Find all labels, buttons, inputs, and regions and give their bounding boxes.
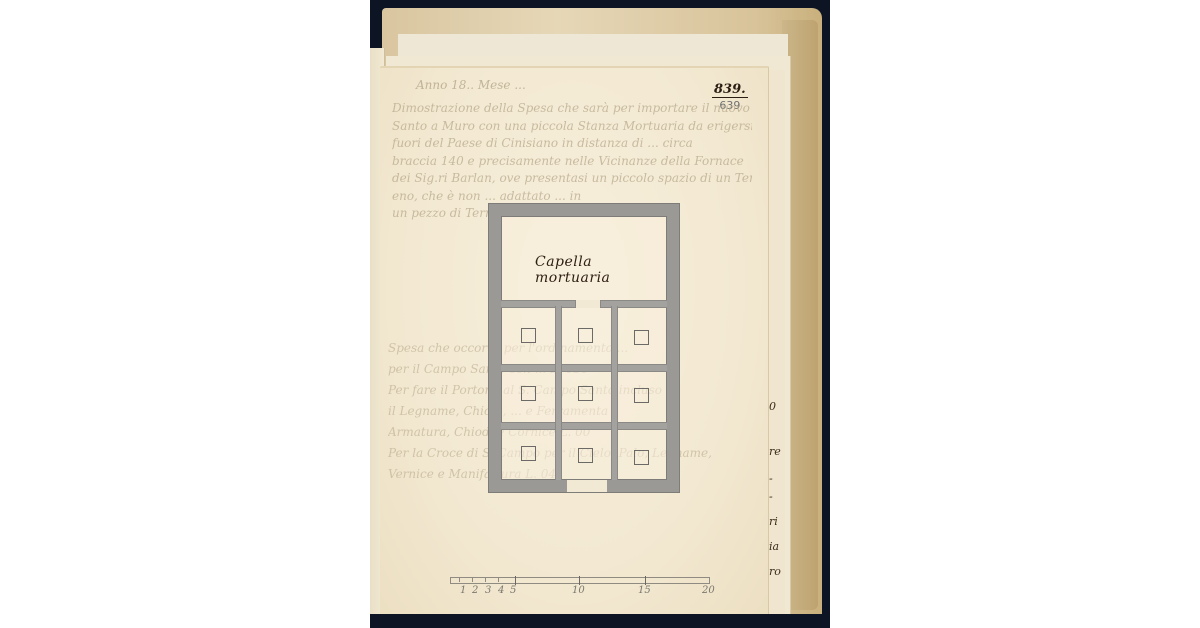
grave-marker [521,446,536,461]
grave-marker [578,328,593,343]
margin-mark: 0 [769,400,776,413]
grave-marker [634,450,649,465]
scale-labels: 1 2 3 4 5 10 15 20 [450,585,720,599]
grave-marker [521,386,536,401]
grid-wall-col [555,306,562,480]
grave-marker [521,328,536,343]
grave-marker [634,388,649,403]
margin-mark: - [769,490,773,503]
document-scan: M.S. D. C. d. a. 0 re - - ri ia ro Anno … [370,0,830,628]
grave-marker [578,386,593,401]
folio-number-ink: 839. [712,82,748,98]
entrance-gap [567,480,607,492]
scale-tick [515,576,516,585]
scale-tick [579,576,580,585]
margin-mark: ri [769,515,778,528]
page-heading: Anno 18.. Mese ... [416,78,526,92]
margin-mark: - [769,472,773,485]
scan-background-bottom [370,614,830,628]
floor-plan: Capella mortuaria [489,204,679,492]
margin-mark: re [769,445,781,458]
grid-wall-col [611,306,618,480]
scale-tick [645,576,646,585]
main-page: Anno 18.. Mese ... 839. 639 Dimostrazion… [380,66,768,616]
margin-mark: ia [769,540,779,553]
grid-wall-row [501,422,667,430]
grid-wall-row [501,364,667,372]
grave-marker [634,330,649,345]
scale-bar [450,577,710,584]
chapel-doorway [575,300,601,308]
margin-mark: ro [769,565,781,578]
grave-marker [578,448,593,463]
chapel-label: Capella mortuaria [535,254,667,286]
